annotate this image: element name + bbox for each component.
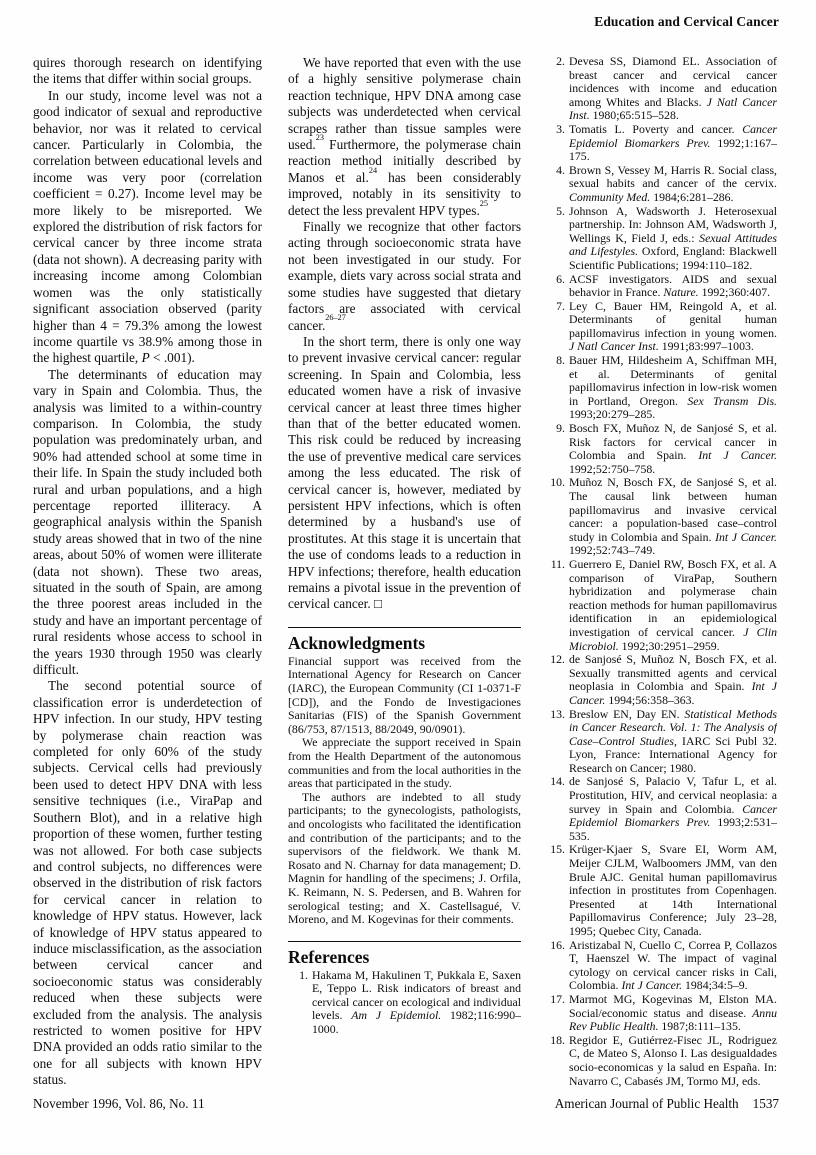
reference-number: 6. [545, 273, 569, 300]
reference-item: 15. Krüger-Kjaer S, Svare EI, Worm AM, M… [545, 843, 777, 938]
reference-text: Ley C, Bauer HM, Reingold A, et al. Dete… [569, 300, 777, 354]
reference-text: Devesa SS, Diamond EL. Association of br… [569, 55, 777, 123]
reference-item: 4. Brown S, Vessey M, Harris R. Social c… [545, 164, 777, 205]
reference-text: ACSF investigators. AIDS and sexual beha… [569, 273, 777, 300]
reference-number: 3. [545, 123, 569, 164]
reference-item: 11. Guerrero E, Daniel RW, Bosch FX, et … [545, 558, 777, 653]
footer-page-number: 1537 [753, 1096, 779, 1111]
reference-number: 18. [545, 1034, 569, 1088]
reference-item: 1. Hakama M, Hakulinen T, Pukkala E, Sax… [288, 969, 521, 1037]
reference-number: 17. [545, 993, 569, 1034]
reference-text: Guerrero E, Daniel RW, Bosch FX, et al. … [569, 558, 777, 653]
reference-number: 14. [545, 775, 569, 843]
reference-text: de Sanjosé S, Muñoz N, Bosch FX, et al. … [569, 653, 777, 707]
reference-item: 14. de Sanjosé S, Palacio V, Tafur L, et… [545, 775, 777, 843]
reference-item: 8. Bauer HM, Hildesheim A, Schiffman MH,… [545, 354, 777, 422]
reference-text: Bosch FX, Muñoz N, de Sanjosé S, et al. … [569, 422, 777, 476]
footer-issue-info: November 1996, Vol. 86, No. 11 [33, 1096, 205, 1112]
reference-number: 2. [545, 55, 569, 123]
reference-item: 16. Aristizabal N, Cuello C, Correa P, C… [545, 939, 777, 993]
footer-journal-info: American Journal of Public Health1537 [555, 1096, 779, 1112]
reference-number: 16. [545, 939, 569, 993]
reference-text: de Sanjosé S, Palacio V, Tafur L, et al.… [569, 775, 777, 843]
reference-number: 4. [545, 164, 569, 205]
reference-list: 1. Hakama M, Hakulinen T, Pukkala E, Sax… [288, 969, 521, 1037]
reference-item: 2. Devesa SS, Diamond EL. Association of… [545, 55, 777, 123]
column-2: We have reported that even with the use … [288, 55, 521, 1065]
acknowledgments-divider [288, 627, 521, 628]
acknowledgments-text: Financial support was received from the … [288, 655, 521, 927]
reference-number: 10. [545, 476, 569, 558]
running-head-title: Education and Cervical Cancer [594, 14, 779, 30]
journal-page: Education and Cervical Cancer quires tho… [0, 0, 816, 1155]
reference-item: 18. Regidor E, Gutiérrez-Fisec JL, Rodri… [545, 1034, 777, 1088]
reference-number: 11. [545, 558, 569, 653]
reference-item: 13. Breslow EN, Day EN. Statistical Meth… [545, 708, 777, 776]
column-3: 2. Devesa SS, Diamond EL. Association of… [545, 55, 777, 1095]
reference-text: Bauer HM, Hildesheim A, Schiffman MH, et… [569, 354, 777, 422]
reference-text: Aristizabal N, Cuello C, Correa P, Colla… [569, 939, 777, 993]
reference-item: 12. de Sanjosé S, Muñoz N, Bosch FX, et … [545, 653, 777, 707]
reference-text: Marmot MG, Kogevinas M, Elston MA. Socia… [569, 993, 777, 1034]
references-heading: References [288, 947, 521, 967]
reference-text: Muñoz N, Bosch FX, de Sanjosé S, et al. … [569, 476, 777, 558]
reference-text: Johnson A, Wadsworth J. Heterosexual par… [569, 205, 777, 273]
reference-item: 9. Bosch FX, Muñoz N, de Sanjosé S, et a… [545, 422, 777, 476]
reference-text: Brown S, Vessey M, Harris R. Social clas… [569, 164, 777, 205]
reference-number: 15. [545, 843, 569, 938]
reference-item: 10. Muñoz N, Bosch FX, de Sanjosé S, et … [545, 476, 777, 558]
discussion-text: We have reported that even with the use … [288, 55, 521, 613]
reference-number: 7. [545, 300, 569, 354]
reference-text: Regidor E, Gutiérrez-Fisec JL, Rodriguez… [569, 1034, 777, 1088]
reference-number: 8. [545, 354, 569, 422]
reference-number: 5. [545, 205, 569, 273]
reference-text: Tomatis L. Poverty and cancer. Cancer Ep… [569, 123, 777, 164]
reference-text: Krüger-Kjaer S, Svare EI, Worm AM, Meije… [569, 843, 777, 938]
reference-number: 12. [545, 653, 569, 707]
reference-item: 3. Tomatis L. Poverty and cancer. Cancer… [545, 123, 777, 164]
reference-number: 13. [545, 708, 569, 776]
reference-item: 17. Marmot MG, Kogevinas M, Elston MA. S… [545, 993, 777, 1034]
reference-number: 9. [545, 422, 569, 476]
reference-item: 6. ACSF investigators. AIDS and sexual b… [545, 273, 777, 300]
reference-item: 5. Johnson A, Wadsworth J. Heterosexual … [545, 205, 777, 273]
reference-item: 7. Ley C, Bauer HM, Reingold A, et al. D… [545, 300, 777, 354]
acknowledgments-heading: Acknowledgments [288, 633, 521, 653]
references-divider [288, 941, 521, 942]
reference-list: 2. Devesa SS, Diamond EL. Association of… [545, 55, 777, 1088]
column-1: quires thorough research on identifying … [33, 55, 262, 1085]
reference-text: Breslow EN, Day EN. Statistical Methods … [569, 708, 777, 776]
reference-number: 1. [288, 969, 312, 1037]
footer-journal-name: American Journal of Public Health [555, 1096, 739, 1111]
reference-text: Hakama M, Hakulinen T, Pukkala E, Saxen … [312, 969, 521, 1037]
